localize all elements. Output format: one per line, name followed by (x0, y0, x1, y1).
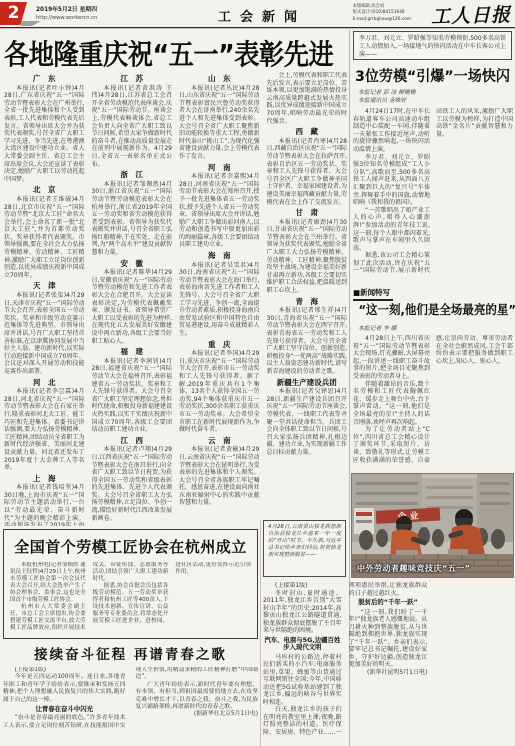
province-name: 重 庆 (179, 341, 260, 349)
article-paragraph: 李万君、刘元立、罗昭强3位知名劳模组成“工人小分队”,高歌而至,500多名高铁工… (353, 154, 430, 207)
province-name: 河 南 (179, 164, 260, 172)
header-divider (0, 27, 515, 29)
province-section: 江 西 本报讯(记者卢翔)4月29日,江西省庆祝“五一”国际劳动节暨表彰大会在南… (92, 437, 173, 523)
article-paragraph: 本报杭州电(记者邹倜然 通讯员王钰哲)4月29日上午,杭州市劳模工匠协会第一次会… (10, 562, 86, 604)
youth-body: (上接第1版) 今年是五四运动100周年。连日来,各地青年职工和青年学子纷纷表示… (3, 667, 258, 745)
flash-mob-kicker: 李万君、刘元立、罗昭强等知名劳模领衔,500多名高铁工人动情加入,一场接地气的快… (353, 31, 512, 60)
flash-mob-body: 4月24日17时,在中车长春轨道客车公司高速动车组制造中心装配一车间,伴随着一天… (353, 108, 513, 280)
province-section: 会上,劳模代表和职工代表先后发言,表示要立足岗位、苦练本领,以更加饱满的热情投身… (267, 72, 348, 125)
province-text: 本报讯(记者钱培坚)4月30日晚,上海市庆祝“五一”国际劳动节主题活动举行,一台… (4, 484, 85, 526)
contact-info: 本版编辑:高会娟 版式设计:(010)84151648 E-mail:grrbg… (353, 4, 411, 23)
editor-note-box: 4月28日,云南贡山独龙族怒族自治县独龙江乡迎来一年一度的“开山”时节。不久前,… (263, 520, 346, 577)
province-text: 本报讯(记者李国)4月29日,重庆市庆祝“五一”国际劳动节大会召开,表彰市五一劳… (179, 350, 260, 434)
article-signoff: (据新华社北京5月1日电) (136, 711, 259, 718)
province-name: 山 东 (179, 75, 260, 83)
province-section: 山 东 本报讯(记者丛民)4月28日,山东省庆祝“五一”国际劳动节暨表彰富民兴鲁… (179, 75, 260, 161)
province-section: 江 苏 本报讯(记者黄洪涛 王伟)4月28日,江苏省总工会召开全省劳动模范代表座… (92, 75, 173, 168)
province-text: 本报讯(记者余嘉熙)4月28日,河南省庆祝“五一”国际劳动节表彰大会在郑州召开,… (179, 173, 260, 249)
lead-columns: 广 东 本报讯(记者叶小钟)4月28日,广东省庆祝“五一”国际劳动节暨表彰大会在… (4, 72, 347, 526)
province-section: 甘 肃 本报讯(记者康劲)4月30日,甘肃省庆祝“五一”国际劳动节暨表彰大会在兰… (267, 209, 348, 295)
date-block: 2019年5月2日 星期四 http://www.workercn.cn (36, 6, 97, 22)
photo-scene: 企 业 (352, 474, 513, 577)
date-text: 2019年5月2日 星期四 (36, 6, 97, 14)
province-text: 本报讯(记者吴雪君)4月30日,海南省庆祝“五一”国际劳动节暨表彰大会在海口举行… (179, 262, 260, 338)
province-section: 河 南 本报讯(记者余嘉熙)4月28日,河南省庆祝“五一”国际劳动节表彰大会在郑… (179, 164, 260, 250)
dulong-body: (上接第1版) 冬时封山,夏时通途。2011年,独龙江乡告别“大雪封山半年”的历… (263, 582, 513, 742)
article-subhead: 汽车、电商与5G,边疆百姓步入现代文明 (263, 637, 342, 652)
province-text: 本报讯(记者王维砚)4月28日,北京市庆祝“五一”国际劳动节暨“北京大工匠”命名… (4, 196, 85, 280)
province-section: 广 东 本报讯(记者叶小钟)4月28日,广东省庆祝“五一”国际劳动节暨表彰大会在… (4, 75, 85, 183)
lead-column-3: 山 东 本报讯(记者丛民)4月28日,山东省庆祝“五一”国际劳动节暨表彰富民兴鲁… (179, 72, 260, 526)
province-name: 江 苏 (92, 75, 173, 83)
province-name: 新疆生产建设兵团 (267, 379, 348, 387)
province-name: 广 东 (4, 75, 85, 83)
article-paragraph: 4月28日上午,四川省庆祝“五一”国际劳动节暨表彰大会现场,灯光骤暗,大屏幕亮起… (353, 335, 430, 381)
flash-mob-bylines: 本报记者 彭 冰 柳姗姗 本报通讯员 金姝妤 (358, 89, 416, 105)
province-text: 本报讯(记者丛民)4月28日,山东省庆祝“五一”国际劳动节暨表彰富民兴鲁劳动奖获… (179, 85, 260, 161)
province-text: 本报讯(记者康劲)4月30日,甘肃省庆祝“五一”国际劳动节暨表彰大会在兰州举行。… (267, 219, 348, 295)
province-text: 本报讯(记者吴铎思)4月28日,新疆生产建设兵团召开庆祝“五一”国际劳动节座谈会… (267, 388, 348, 456)
province-section: 云 南 本报讯(记者黄榆)4月29日,云南省庆祝“五一”国际劳动节暨表彰大会在昆… (179, 437, 260, 507)
article-paragraph: “一首歌唱出了咱产业工人的心声,唱得人心潮澎湃!”参加活动的青年技工说,这一刻,… (353, 207, 430, 253)
province-section: 河 北 本报讯(记者李昱霖)4月28日,河北省庆祝“五一”国际劳动节暨表彰大会在… (4, 379, 85, 472)
hangzhou-body: 本报杭州电(记者邹倜然 通讯员王钰哲)4月29日上午,杭州市劳模工匠协会第一次会… (10, 562, 251, 638)
photo-caption: 中外劳动者趣味竞技庆“五一” (357, 563, 471, 574)
province-section: 浙 江 本报讯(记者邹倜然)4月30日,浙江省庆祝“五一”国际劳动节暨劳动模范表… (92, 171, 173, 257)
province-name: 浙 江 (92, 171, 173, 179)
photo-sign (354, 508, 374, 534)
website-url: http://www.workercn.cn (36, 14, 97, 22)
article-subhead: 脱贫后的“千年一跃” (349, 599, 428, 607)
article-paragraph: 马库村的公路边,停着村民们新买的小汽车;电商服务站里,草果、蜂蜜等山货通过互联网… (263, 654, 342, 707)
feature-byline: 本报记者 李 娜 (358, 323, 396, 332)
article-paragraph: 4月24日17时,在中车长春轨道客车公司高速动车组制造中心装配一车间,伴随着一天… (353, 108, 430, 154)
province-section: 西 藏 本报讯(记者肖寒)4月28日,西藏自治区庆祝“五一”国际劳动节暨表彰大会… (267, 128, 348, 206)
province-text: 本报讯(记者李昱霖)4月28日,河北省庆祝“五一”国际劳动节暨表彰大会在石家庄举… (4, 388, 85, 472)
province-text: 本报讯(记者肖寒)4月28日,西藏自治区庆祝“五一”国际劳动节暨表彰大会在拉萨召… (267, 138, 348, 206)
province-name: 西 藏 (267, 128, 348, 136)
province-name: 云 南 (179, 437, 260, 445)
article-signoff: (新华社昆明5月1日电) (349, 669, 428, 677)
feature-label: ■新闻特写 (353, 287, 393, 301)
province-name: 江 西 (92, 437, 173, 445)
flash-mob-headline: 3位劳模“引爆”一场快闪 (354, 65, 510, 86)
bottom-vertical-divider (260, 520, 261, 746)
province-name: 河 北 (4, 379, 85, 387)
province-text: 本报讯(记者黄榆)4月29日,云南省庆祝“五一”国际劳动节暨表彰大会在昆明举行,… (179, 446, 260, 507)
hangzhou-article-box: 全国首个劳模工匠协会在杭州成立 本报杭州电(记者邹倜然 通讯员王钰哲)4月29日… (3, 529, 258, 639)
lead-headline: 各地隆重庆祝“五一”表彰先进 (4, 33, 333, 73)
news-photo: 企 业 (352, 474, 513, 577)
province-section: 上 海 本报讯(记者钱培坚)4月30日晚,上海市庆祝“五一”国际劳动节主题活动举… (4, 475, 85, 526)
article-paragraph: 伴随着激昂的音乐,数十名劳模和工匠代表胸佩红花、缓步走上舞台中央,台下掌声雷动。… (353, 381, 430, 427)
masthead-logo: 工人日报 (431, 0, 512, 29)
province-name: 上 海 (4, 475, 85, 483)
feature-headline: “这一刻,他们是全场最亮的星” (358, 300, 506, 318)
province-text: 本报讯(记者陈华)4月29日,安徽省庆祝“五一”国际劳动节暨劳动模范和先进工作者… (92, 269, 173, 345)
province-section: 青 海 本报讯(记者邢生祥)4月30日,青海省庆祝“五一”国际劳动节暨表彰大会在… (267, 298, 348, 376)
lead-column-2: 江 苏 本报讯(记者黄洪涛 王伟)4月28日,江苏省总工会召开全省劳动模范代表座… (92, 72, 173, 526)
province-text: 本报讯(记者卢翔)4月29日,江西省庆祝“五一”国际劳动节暨表彰大会在南昌举行,… (92, 446, 173, 522)
province-section: 海 南 本报讯(记者吴雪君)4月30日,海南省庆祝“五一”国际劳动节暨表彰大会在… (179, 252, 260, 338)
province-text: 本报讯(记者邢生祥)4月30日,青海省庆祝“五一”国际劳动节暨表彰大会在西宁召开… (267, 307, 348, 375)
article-paragraph: 今年是五四运动100周年。连日来,各地青年职工和青年学子纷纷表示,要继承和发扬五… (3, 674, 126, 704)
province-name: 福 建 (92, 348, 173, 356)
section-title: 工会新闻 (209, 6, 306, 25)
province-name: 天 津 (4, 282, 85, 290)
newspaper-page: 2 2019年5月2日 星期四 http://www.workercn.cn 工… (0, 0, 515, 746)
article-paragraph: 冬时封山,夏时通途。2011年,独龙江乡告别“大雪封山半年”的历史;2014年,… (263, 590, 342, 635)
lead-column-4: 会上,劳模代表和职工代表先后发言,表示要立足岗位、苦练本领,以更加饱满的热情投身… (267, 72, 348, 526)
province-section: 福 建 本报讯(记者李润钊)4月28日,福建省庆祝“五一”国际劳动节大会在福州召… (92, 348, 173, 434)
province-name: 青 海 (267, 298, 348, 306)
province-text: 本报讯(记者邹倜然)4月30日,浙江省庆祝“五一”国际劳动节暨劳动模范表彰大会在… (92, 181, 173, 257)
province-text: 会上,劳模代表和职工代表先后发言,表示要立足岗位、苦练本领,以更加饱满的热情投身… (267, 72, 348, 125)
feature-body: 4月28日上午,四川省庆祝“五一”国际劳动节暨表彰大会现场,灯光骤暗,大屏幕亮起… (353, 335, 513, 471)
hangzhou-headline: 全国首个劳模工匠协会在杭州成立 (10, 536, 251, 557)
contact-email: E-mail:grrbghxw@126.com (353, 17, 411, 23)
province-text: 本报讯(记者李润钊)4月28日,福建省庆祝“五一”国际劳动节大会在福州召开,表彰… (92, 358, 173, 434)
contact-phone: 版式设计:(010)84151648 (353, 10, 411, 16)
province-text: 本报讯(记者叶小钟)4月28日,广东省庆祝“五一”国际劳动节暨表彰大会在广州举行… (4, 85, 85, 184)
province-name: 安 徽 (92, 260, 173, 268)
province-text: 本报讯(记者黄洪涛 王伟)4月28日,江苏省总工会召开全省劳动模范代表座谈会,庆… (92, 85, 173, 169)
flash-mob-byline-correspondent: 本报通讯员 金姝妤 (358, 97, 416, 105)
youth-headline: 接续奋斗征程 再谱青春之歌 (3, 643, 258, 663)
flash-mob-byline-reporter: 本报记者 彭 冰 柳姗姗 (358, 89, 416, 97)
article-paragraph: 广大青年纷纷表示,新时代青年要有理想、有本领、有担当,到祖国最需要的地方去,在攻… (136, 682, 259, 712)
province-section: 北 京 本报讯(记者王维砚)4月28日,北京市庆祝“五一”国际劳动节暨“北京大工… (4, 186, 85, 279)
article-subhead: 让青春在奋斗中闪光 (3, 706, 126, 713)
province-section: 天 津 本报讯(记者张玺)4月29日,天津市庆祝“五一”国际劳动节大会召开,表彰… (4, 282, 85, 375)
province-name: 海 南 (179, 252, 260, 260)
province-section: 重 庆 本报讯(记者李国)4月29日,重庆市庆祝“五一”国际劳动节大会召开,表彰… (179, 341, 260, 434)
youth-article: 接续奋斗征程 再谱青春之歌 (上接第1版) 今年是五四运动100周年。连日来,各… (3, 643, 258, 743)
province-section: 新疆生产建设兵团 本报讯(记者吴铎思)4月28日,新疆生产建设兵团召开庆祝“五一… (267, 379, 348, 457)
article-paragraph: (上接第1版) (263, 582, 342, 590)
article-paragraph: “这一刻,我们盼了一千年!”独龙族老人感慨地说。从刀耕火种到整族脱贫,从与世隔绝… (349, 609, 428, 669)
province-name: 甘 肃 (267, 209, 348, 217)
lead-column-1: 广 东 本报讯(记者叶小钟)4月28日,广东省庆祝“五一”国际劳动节暨表彰大会在… (4, 72, 85, 526)
province-section: 安 徽 本报讯(记者陈华)4月29日,安徽省庆祝“五一”国际劳动节暨劳动模范和先… (92, 260, 173, 346)
province-text: 本报讯(记者张玺)4月29日,天津市庆祝“五一”国际劳动节大会召开,表彰全国五一… (4, 292, 85, 376)
province-name: 北 京 (4, 186, 85, 194)
